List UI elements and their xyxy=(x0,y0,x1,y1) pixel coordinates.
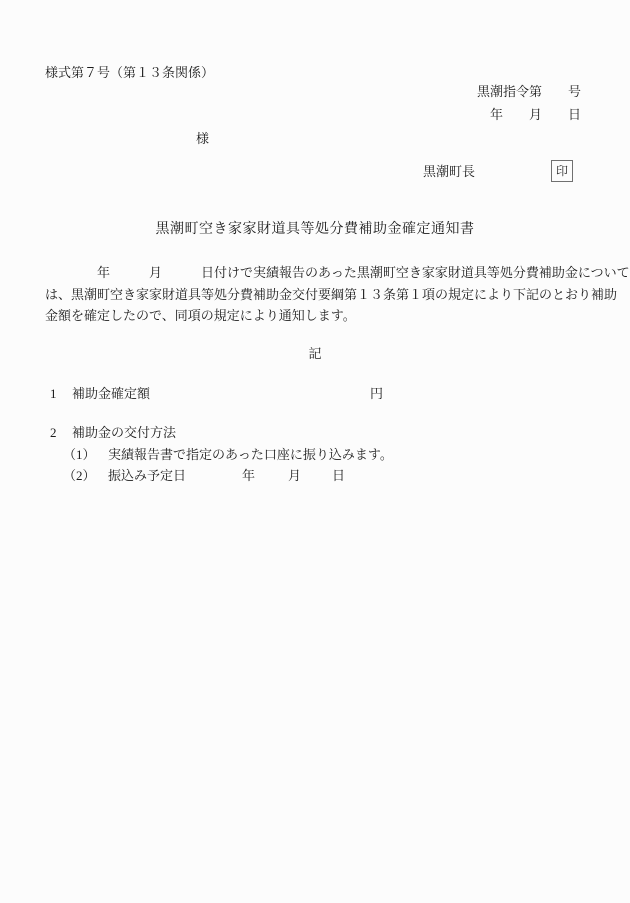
seal-box: 印 xyxy=(551,160,573,182)
body-line-3: 金額を確定したので、同項の規定により通知します。 xyxy=(45,308,356,324)
issue-number-line: 黒潮指令第 号 xyxy=(477,84,581,100)
issuer-title: 黒潮町長 xyxy=(423,164,475,180)
body-line-2: は、黒潮町空き家家財道具等処分費補助金交付要綱第１３条第１項の規定により下記のと… xyxy=(45,287,617,303)
item1-number: 1 xyxy=(50,386,57,402)
document-page: 様式第７号（第１３条関係） 黒潮指令第 号 年 月 日 様 黒潮町長 印 黒潮町… xyxy=(0,0,630,903)
transfer-date-day-label: 日 xyxy=(332,468,345,484)
body-line-1: 年 月 日付けで実績報告のあった黒潮町空き家家財道具等処分費補助金について xyxy=(45,265,630,281)
document-title: 黒潮町空き家家財道具等処分費補助金確定通知書 xyxy=(0,222,630,238)
record-heading: 記 xyxy=(0,346,630,362)
item2-label: 補助金の交付方法 xyxy=(72,425,176,441)
item1-label: 補助金確定額 xyxy=(72,386,150,402)
item2-sub2-number: （2） xyxy=(63,468,96,484)
seal-mark: 印 xyxy=(556,164,568,178)
form-number: 様式第７号（第１３条関係） xyxy=(45,65,214,81)
item2-number: 2 xyxy=(50,425,57,441)
item2-sub1-row: （1） 実績報告書で指定のあった口座に振り込みます。 xyxy=(45,447,585,463)
item2-sub1-text: 実績報告書で指定のあった口座に振り込みます。 xyxy=(108,447,393,463)
item2-sub2-label: 振込み予定日 xyxy=(108,468,186,484)
item2-sub2-row: （2） 振込み予定日 年 月 日 xyxy=(45,468,585,484)
addressee-honorific: 様 xyxy=(196,131,209,147)
transfer-date-year-label: 年 xyxy=(242,468,255,484)
item1-row: 1 補助金確定額 円 xyxy=(45,386,585,402)
item1-unit-yen: 円 xyxy=(370,386,383,402)
issue-date-line: 年 月 日 xyxy=(490,107,581,123)
item2-sub1-number: （1） xyxy=(63,447,96,463)
transfer-date-month-label: 月 xyxy=(288,468,301,484)
item2-row: 2 補助金の交付方法 xyxy=(45,425,585,441)
